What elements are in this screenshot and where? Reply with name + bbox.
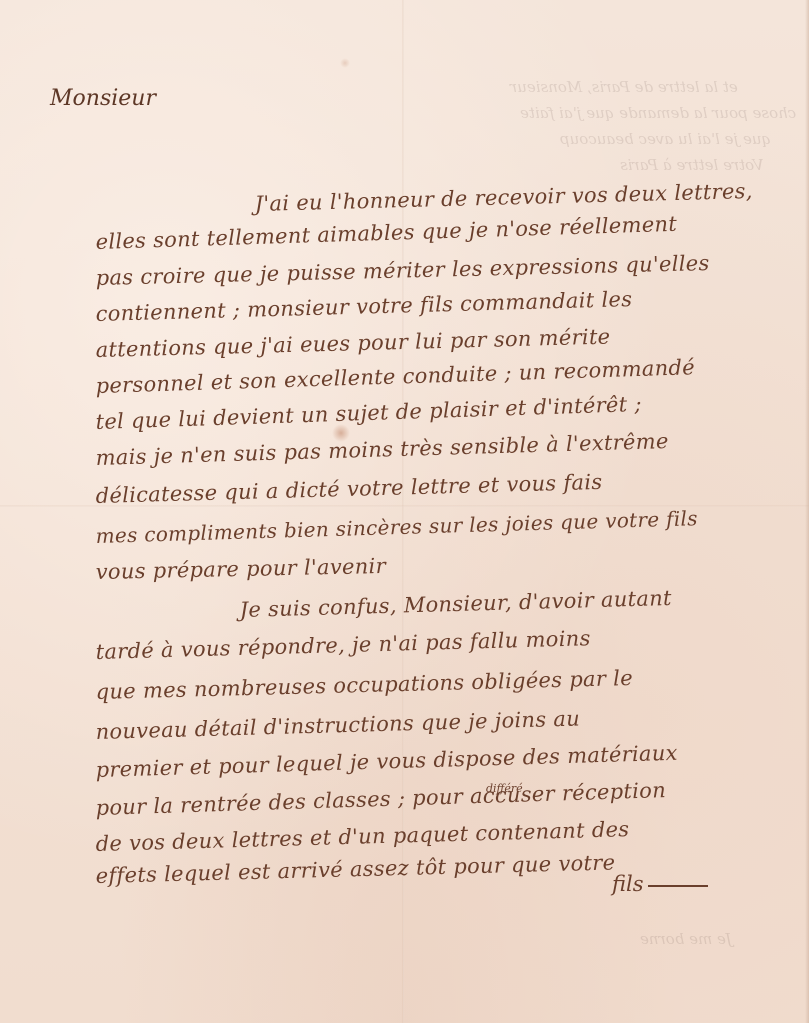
letter-line: elles sont tellement aimables que je n'o… [95, 212, 677, 254]
paper-edge [805, 0, 809, 1023]
letter-line: Je suis confus, Monsieur, d'avoir autant [239, 586, 672, 622]
letter-line: attentions que j'ai eues pour lui par so… [95, 325, 610, 362]
letter-line: de vos deux lettres et d'un paquet conte… [95, 817, 629, 856]
closing-text: fils [612, 872, 644, 896]
letter-line: personnel et son excellente conduite ; u… [95, 355, 695, 398]
letter-line: que mes nombreuses occupations obligées … [95, 666, 633, 704]
letter-line: vous prépare pour l'avenir [95, 554, 386, 584]
letter-line: nouveau détail d'instructions que je joi… [95, 706, 580, 744]
letter-line: mes compliments bien sincères sur les jo… [95, 506, 698, 548]
bleed-through-line: chose pour la demande que j'ai faite [520, 104, 796, 122]
letter-line: délicatesse qui a dicté votre lettre et … [95, 470, 602, 508]
letter-line: premier et pour lequel je vous dispose d… [95, 741, 678, 782]
bleed-through-line: Je me borne [640, 930, 732, 948]
bleed-through-line: que je l'ai lu avec beaucoup [560, 130, 771, 148]
letter-line: contiennent ; monsieur votre fils comman… [95, 287, 632, 326]
letter-line: tardé à vous répondre, je n'ai pas fallu… [95, 626, 591, 664]
letter-line: tel que lui devient un sujet de plaisir … [95, 392, 642, 434]
closing-word: fils [612, 872, 708, 896]
bleed-through-line: et la lettre de Paris, Monsieur [510, 78, 738, 96]
closing-dash [648, 885, 708, 887]
letter-page: et la lettre de Paris, Monsieur chose po… [0, 0, 809, 1023]
letter-line: pour la rentrée des classes ; pour accus… [95, 778, 666, 820]
bleed-through-line: Votre lettre à Paris [620, 156, 764, 174]
salutation: Monsieur [50, 86, 156, 111]
letter-line: effets lequel est arrivé assez tôt pour … [95, 850, 615, 888]
ink-stain [340, 58, 350, 68]
letter-line: J'ai eu l'honneur de recevoir vos deux l… [254, 179, 753, 216]
letter-line: mais je n'en suis pas moins très sensibl… [95, 429, 669, 470]
